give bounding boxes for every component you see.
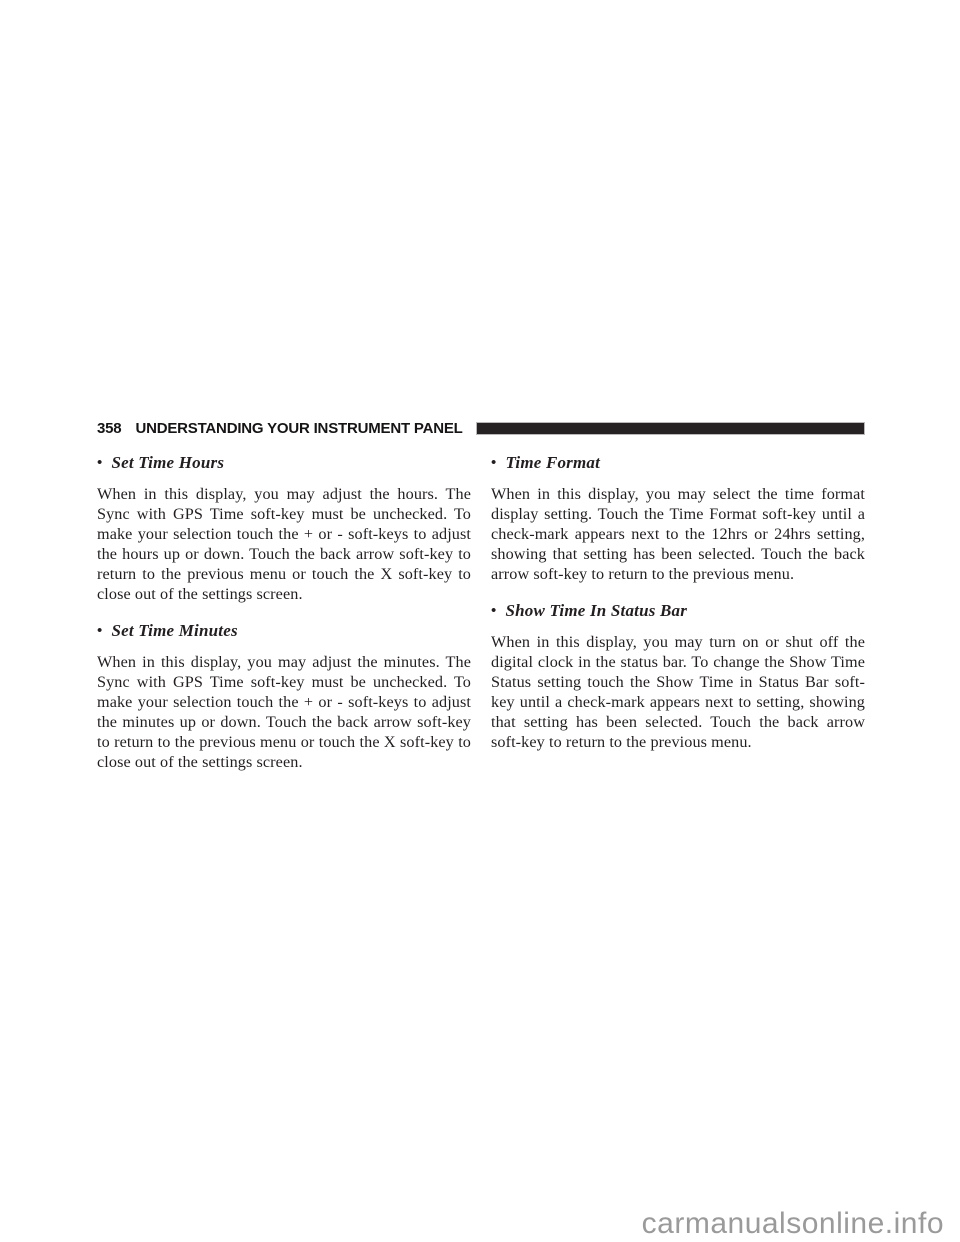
section-heading-text: Set Time Minutes [111, 621, 237, 641]
section-set-time-hours: • Set Time Hours When in this display, y… [97, 453, 471, 604]
section-time-format: • Time Format When in this display, you … [491, 453, 865, 584]
page-content: 358 UNDERSTANDING YOUR INSTRUMENT PANEL … [97, 420, 865, 789]
page-number: 358 [97, 420, 121, 437]
section-paragraph: When in this display, you may turn on or… [491, 632, 865, 752]
page-header: 358 UNDERSTANDING YOUR INSTRUMENT PANEL [97, 420, 865, 436]
section-heading-text: Time Format [505, 453, 600, 473]
section-heading: • Show Time In Status Bar [491, 601, 865, 621]
section-paragraph: When in this display, you may select the… [491, 484, 865, 584]
watermark: carmanualsonline.info [642, 1207, 944, 1241]
section-heading: • Set Time Hours [97, 453, 471, 473]
right-column: • Time Format When in this display, you … [491, 445, 865, 789]
section-paragraph: When in this display, you may adjust the… [97, 484, 471, 604]
header-title: UNDERSTANDING YOUR INSTRUMENT PANEL [135, 420, 462, 437]
section-heading: • Time Format [491, 453, 865, 473]
bullet-icon: • [97, 455, 102, 472]
manual-page: 358 UNDERSTANDING YOUR INSTRUMENT PANEL … [0, 0, 960, 1242]
section-heading: • Set Time Minutes [97, 621, 471, 641]
section-heading-text: Set Time Hours [111, 453, 224, 473]
left-column: • Set Time Hours When in this display, y… [97, 445, 471, 789]
section-set-time-minutes: • Set Time Minutes When in this display,… [97, 621, 471, 772]
bullet-icon: • [491, 455, 496, 472]
bullet-icon: • [97, 623, 102, 640]
section-heading-text: Show Time In Status Bar [505, 601, 687, 621]
two-column-layout: • Set Time Hours When in this display, y… [97, 445, 865, 789]
section-show-time-in-status-bar: • Show Time In Status Bar When in this d… [491, 601, 865, 752]
section-paragraph: When in this display, you may adjust the… [97, 652, 471, 772]
header-rule-bar [476, 422, 865, 435]
bullet-icon: • [491, 603, 496, 620]
